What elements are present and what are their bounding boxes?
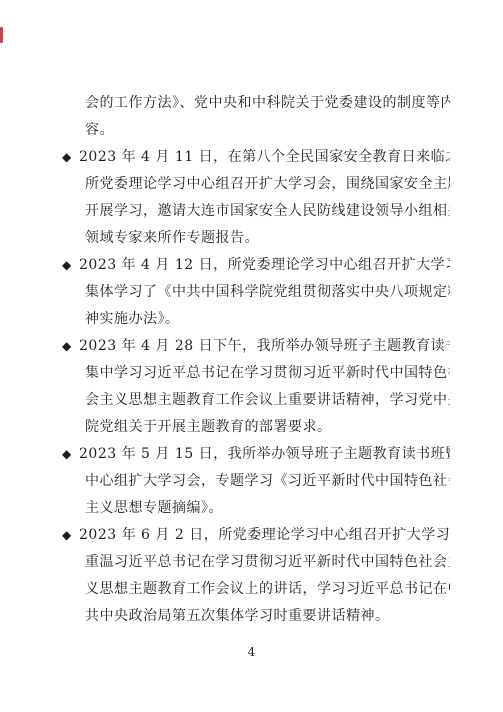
text-line: 开展学习，邀请大连市国家安全人民防线建设领导小组相关 (85, 198, 450, 225)
text-line: 2023 年 4 月 12 日，所党委理论学习中心组召开扩大学习会， (79, 252, 450, 279)
text-line: 中心组扩大学习会，专题学习《习近平新时代中国特色社会 (85, 468, 450, 495)
text-line: 神实施办法》。 (85, 306, 450, 333)
paragraph-continuation: 会的工作方法》、党中央和中科院关于党委建设的制度等内 容。 (85, 90, 450, 144)
bullet-item-may15: ◆ 2023 年 5 月 15 日，我所举办领导班子主题教育读书班暨党委 中心组… (85, 441, 450, 522)
bullet-item-apr28: ◆ 2023 年 4 月 28 日下午，我所举办领导班子主题教育读书班， 集中学… (85, 333, 450, 441)
bullet-item-jun2: ◆ 2023 年 6 月 2 日，所党委理论学习中心组召开扩大学习会， 重温习近… (85, 522, 450, 630)
text-line: 2023 年 5 月 15 日，我所举办领导班子主题教育读书班暨党委 (79, 441, 450, 468)
text-line: 领域专家来所作专题报告。 (85, 225, 450, 252)
text-line: 院党组关于开展主题教育的部署要求。 (85, 414, 450, 441)
diamond-bullet-icon: ◆ (62, 333, 71, 360)
page-number: 4 (0, 645, 503, 659)
document-page: 会的工作方法》、党中央和中科院关于党委建设的制度等内 容。 ◆ 2023 年 4… (0, 0, 503, 712)
text-line: 会主义思想主题教育工作会议上重要讲话精神，学习党中央、 (85, 387, 450, 414)
text-line: 2023 年 6 月 2 日，所党委理论学习中心组召开扩大学习会， (79, 522, 450, 549)
diamond-bullet-icon: ◆ (62, 522, 71, 549)
text-line: 重温习近平总书记在学习贯彻习近平新时代中国特色社会主 (85, 549, 450, 576)
diamond-bullet-icon: ◆ (62, 252, 71, 279)
text-line: 所党委理论学习中心组召开扩大学习会，围绕国家安全主题 (85, 171, 450, 198)
text-line: 容。 (85, 117, 450, 144)
diamond-bullet-icon: ◆ (62, 144, 71, 171)
text-line: 2023 年 4 月 28 日下午，我所举办领导班子主题教育读书班， (79, 333, 450, 360)
red-edge-mark (0, 27, 3, 43)
text-line: 2023 年 4 月 11 日，在第八个全民国家安全教育日来临之际， (79, 144, 450, 171)
text-line: 义思想主题教育工作会议上的讲话，学习习近平总书记在中 (85, 576, 450, 603)
text-line: 集体学习了《中共中国科学院党组贯彻落实中央八项规定精 (85, 279, 450, 306)
bullet-item-apr12: ◆ 2023 年 4 月 12 日，所党委理论学习中心组召开扩大学习会， 集体学… (85, 252, 450, 333)
text-line: 会的工作方法》、党中央和中科院关于党委建设的制度等内 (85, 90, 450, 117)
diamond-bullet-icon: ◆ (62, 441, 71, 468)
text-line: 共中央政治局第五次集体学习时重要讲话精神。 (85, 603, 450, 630)
bullet-item-apr11: ◆ 2023 年 4 月 11 日，在第八个全民国家安全教育日来临之际， 所党委… (85, 144, 450, 252)
document-body: 会的工作方法》、党中央和中科院关于党委建设的制度等内 容。 ◆ 2023 年 4… (85, 90, 450, 630)
text-line: 主义思想专题摘编》。 (85, 495, 450, 522)
text-line: 集中学习习近平总书记在学习贯彻习近平新时代中国特色社 (85, 360, 450, 387)
